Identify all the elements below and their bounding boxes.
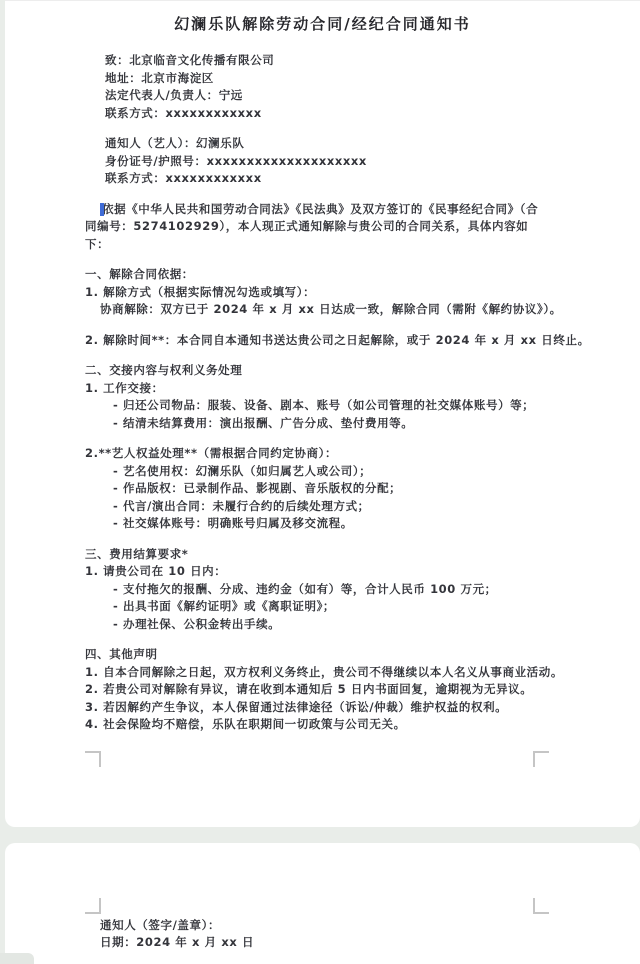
text-boundary-mark-icon	[533, 898, 549, 914]
doc-line: - 办理社保、公积金转出手续。	[113, 616, 550, 634]
doc-line: 四、其他声明	[85, 646, 550, 664]
doc-line: 地址：北京市海淀区	[105, 70, 550, 88]
doc-line: 通知人（艺人）：幻澜乐队	[105, 135, 550, 153]
text-boundary-mark-icon	[85, 751, 101, 767]
doc-line: 法定代表人/负责人：宁远	[105, 87, 550, 105]
doc-line: - 出具书面《解约证明》或《离职证明》；	[113, 598, 550, 616]
doc-line: - 代言/演出合同：未履行合约的后续处理方式；	[113, 498, 550, 516]
doc-line: 2. 解除时间**：本合同自本通知书送达贵公司之日起解除，或于 2024 年 x…	[85, 332, 550, 350]
date-line: 日期：2024 年 x 月 xx 日	[100, 934, 254, 951]
doc-line: - 归还公司物品：服装、设备、剧本、账号（如公司管理的社交媒体账号）等；	[113, 397, 550, 415]
doc-line: 1. 请贵公司在 10 日内：	[85, 563, 550, 581]
doc-line: - 结清未结算费用：演出报酬、广告分成、垫付费用等。	[113, 415, 550, 433]
text-cursor	[100, 203, 104, 216]
document-page-1: 幻澜乐队解除劳动合同/经纪合同通知书 致：北京临音文化传播有限公司地址：北京市海…	[5, 0, 640, 827]
doc-line: 3. 若因解约产生争议，本人保留通过法律途径（诉讼/仲裁）维护权益的权利。	[85, 699, 550, 717]
document-viewer-canvas: 幻澜乐队解除劳动合同/经纪合同通知书 致：北京临音文化传播有限公司地址：北京市海…	[0, 0, 640, 964]
doc-line: 1. 自本合同解除之日起，双方权利义务终止，贵公司不得继续以本人名义从事商业活动…	[85, 664, 550, 682]
doc-line: 依据《中华人民共和国劳动合同法》《民法典》及双方签订的《民事经纪合同》（合同编号…	[85, 201, 550, 254]
doc-line: 二、交接内容与权利义务处理	[85, 362, 550, 380]
doc-line: 联系方式：xxxxxxxxxxxx	[105, 170, 550, 188]
doc-line: - 作品版权：已录制作品、影视剧、音乐版权的分配；	[113, 480, 550, 498]
doc-line: 致：北京临音文化传播有限公司	[105, 52, 550, 70]
text-boundary-mark-icon	[85, 898, 101, 914]
text-boundary-mark-icon	[533, 751, 549, 767]
document-page-2: 通知人（签字/盖章）： 日期：2024 年 x 月 xx 日	[5, 843, 640, 964]
doc-line: 1. 工作交接：	[85, 380, 550, 398]
doc-line: - 社交媒体账号：明确账号归属及移交流程。	[113, 515, 550, 533]
doc-line: 身份证号/护照号：xxxxxxxxxxxxxxxxxxxx	[105, 153, 550, 171]
doc-line: 2. 若贵公司对解除有异议，请在收到本通知后 5 日内书面回复，逾期视为无异议。	[85, 681, 550, 699]
doc-line: 1. 解除方式（根据实际情况勾选或填写）：	[85, 284, 550, 302]
signature-block[interactable]: 通知人（签字/盖章）： 日期：2024 年 x 月 xx 日	[100, 917, 254, 951]
corner-tab	[0, 953, 34, 964]
document-title: 幻澜乐队解除劳动合同/经纪合同通知书	[5, 13, 640, 34]
doc-line: 协商解除：双方已于 2024 年 x 月 xx 日达成一致，解除合同（需附《解约…	[100, 301, 550, 319]
doc-line: 联系方式：xxxxxxxxxxxx	[105, 105, 550, 123]
doc-line: - 支付拖欠的报酬、分成、违约金（如有）等，合计人民币 100 万元；	[113, 581, 550, 599]
doc-line: - 艺名使用权：幻澜乐队（如归属艺人或公司）；	[113, 463, 550, 481]
doc-line: 一、解除合同依据：	[85, 266, 550, 284]
doc-line: 4. 社会保险均不赔偿，乐队在职期间一切政策与公司无关。	[85, 716, 550, 734]
doc-line: 三、费用结算要求*	[85, 546, 550, 564]
signature-line: 通知人（签字/盖章）：	[100, 917, 254, 934]
doc-line: 2.**艺人权益处理**（需根据合同约定协商）：	[85, 445, 550, 463]
document-text-area[interactable]: 致：北京临音文化传播有限公司地址：北京市海淀区法定代表人/负责人：宁远联系方式：…	[5, 34, 640, 734]
